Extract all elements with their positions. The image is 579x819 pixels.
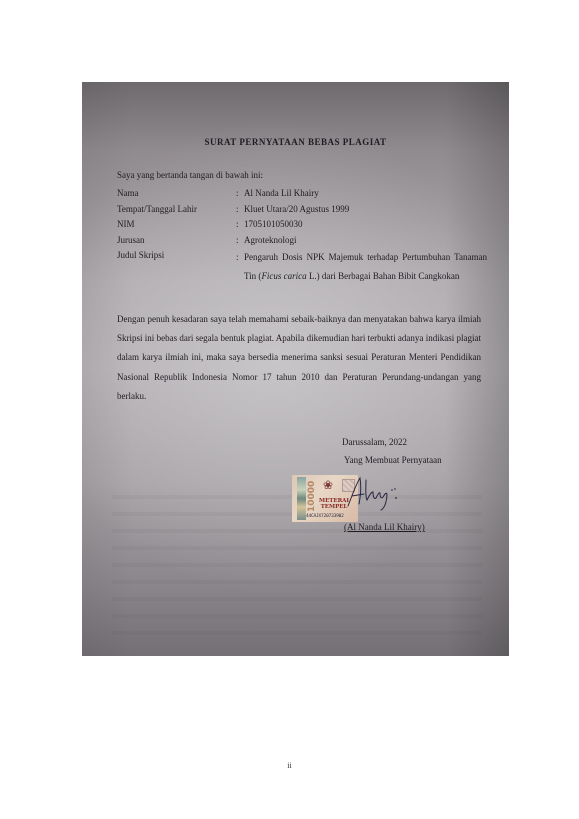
stamp-value: 10000 — [307, 479, 319, 513]
thesis-title-part2: L.) dari Berbagai Bahan Bibit Cangkokan — [307, 271, 460, 281]
field-label: Tempat/Tanggal Lahir — [117, 202, 236, 218]
field-row-judul-skripsi: Judul Skripsi : Pengaruh Dosis NPK Majem… — [117, 248, 487, 286]
field-separator: : — [236, 202, 244, 218]
field-value: Kluet Utara/20 Agustus 1999 — [244, 202, 487, 218]
stamp-serial: 44CAJX720733902 — [306, 514, 344, 519]
field-value: 1705101050030 — [244, 217, 487, 233]
field-row-nim: NIM : 1705101050030 — [117, 217, 487, 233]
document-title: SURAT PERNYATAAN BEBAS PLAGIAT — [82, 137, 509, 147]
document-photo: SURAT PERNYATAAN BEBAS PLAGIAT Saya yang… — [82, 82, 509, 656]
hologram-strip — [297, 477, 306, 520]
scientific-name: Ficus carica — [261, 271, 306, 281]
signature-block: Darussalam, 2022 Yang Membuat Pernyataan — [342, 435, 442, 467]
field-label: Nama — [117, 186, 236, 202]
field-value: Agroteknologi — [244, 233, 487, 249]
field-value: Al Nanda Lil Khairy — [244, 186, 487, 202]
field-separator: : — [236, 217, 244, 233]
signer-role: Yang Membuat Pernyataan — [344, 453, 442, 467]
field-label: Jurusan — [117, 233, 236, 249]
handwritten-signature — [344, 474, 404, 514]
field-row-jurusan: Jurusan : Agroteknologi — [117, 233, 487, 249]
field-row-tempat-tanggal-lahir: Tempat/Tanggal Lahir : Kluet Utara/20 Ag… — [117, 202, 487, 218]
signer-name: (Al Nanda Lil Khairy) — [344, 522, 425, 532]
field-label: Judul Skripsi — [117, 248, 236, 286]
garuda-emblem-icon: ❀ — [321, 478, 335, 492]
field-separator: : — [236, 186, 244, 202]
identity-fields: Nama : Al Nanda Lil Khairy Tempat/Tangga… — [117, 186, 487, 286]
field-label: NIM — [117, 217, 236, 233]
page-number: ii — [0, 761, 579, 770]
declaration-paragraph: Dengan penuh kesadaran saya telah memaha… — [117, 310, 481, 406]
place-date: Darussalam, 2022 — [342, 435, 442, 449]
intro-text: Saya yang bertanda tangan di bawah ini: — [117, 170, 263, 180]
thesis-title: Pengaruh Dosis NPK Majemuk terhadap Pert… — [244, 248, 487, 286]
field-separator: : — [236, 248, 244, 286]
field-row-nama: Nama : Al Nanda Lil Khairy — [117, 186, 487, 202]
field-separator: : — [236, 233, 244, 249]
